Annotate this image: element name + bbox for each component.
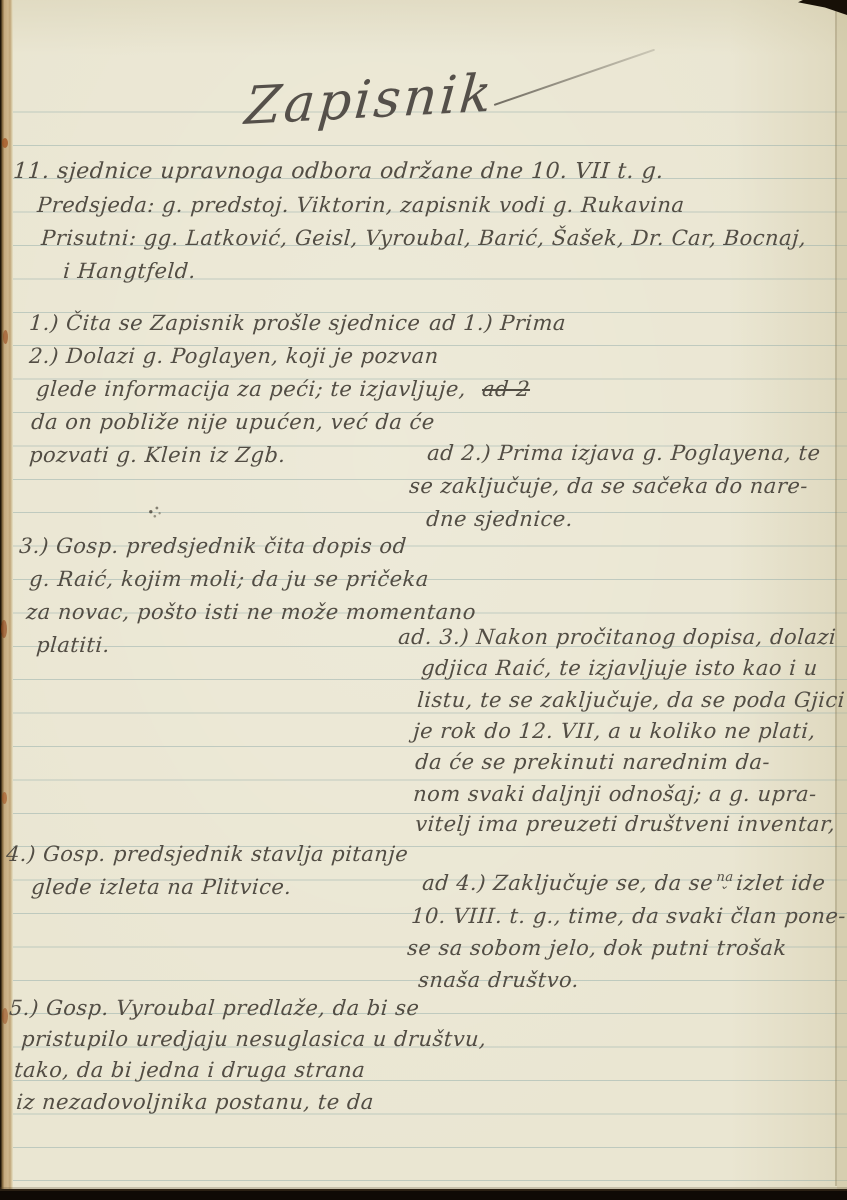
binding-stain: [2, 1008, 8, 1024]
resolution-ad-2-line-1: ad 2.) Prima izjava g. Poglayena, te: [426, 437, 822, 470]
resolution-ad-4-line-1-pre: ad 4.) Zaključuje se, da se: [421, 871, 714, 895]
resolution-ad-4-line-3: se sa sobom jelo, dok putni trošak: [406, 932, 788, 965]
resolution-ad-3-line-3: listu, te se zaključuje, da se poda Gjic…: [416, 684, 846, 717]
page-right-edge-line: [835, 6, 837, 1186]
ink-smudge: [146, 505, 162, 520]
resolution-ad-3-line-6: nom svaki daljnji odnošaj; a g. upra-: [412, 778, 818, 811]
page-right-edge-shade: [837, 0, 847, 1200]
header-line-present-cont: i Hangtfeld.: [62, 255, 197, 288]
resolution-ad-4-line-1-post: izlet ide: [735, 871, 826, 895]
header-line-present: Prisutni: gg. Latković, Geisl, Vyroubal,…: [40, 222, 807, 255]
agenda-item-5-line-1: 5.) Gosp. Vyroubal predlaže, da bi se: [8, 992, 421, 1025]
binding-stain: [3, 330, 8, 344]
agenda-item-5-line-3: tako, da bi jedna i druga strana: [13, 1054, 366, 1087]
notebook-page: Zapisnik 11. sjednice upravnoga odbora o…: [0, 0, 847, 1200]
agenda-item-4-line-2: glede izleta na Plitvice.: [30, 871, 293, 904]
resolution-ad-2-line-3: dne sjednice.: [425, 503, 574, 536]
resolution-ad-4-line-2: 10. VIII. t. g., time, da svaki član pon…: [410, 900, 847, 933]
agenda-item-2-line-2: glede informacija za peći; te izjavljuje…: [35, 373, 531, 406]
page-bottom-edge: [0, 1187, 847, 1200]
binding-stain: [2, 792, 7, 804]
resolution-ad-3-line-1: ad. 3.) Nakon pročitanog dopisa, dolazi: [397, 621, 837, 654]
inserted-word: na⌄: [716, 873, 734, 890]
resolution-ad-2-line-2: se zaključuje, da se sačeka do nare-: [408, 470, 809, 503]
resolution-ad-3-line-2: gdjica Raić, te izjavljuje isto kao i u: [420, 652, 819, 685]
agenda-item-2-line-1: 2.) Dolazi g. Poglayen, koji je pozvan: [28, 340, 440, 373]
insert-caret-mark: ⌄: [719, 882, 729, 890]
agenda-item-4-line-1: 4.) Gosp. predsjednik stavlja pitanje: [5, 838, 409, 871]
title-flourish: [494, 49, 655, 106]
resolution-ad-4-line-1: ad 4.) Zaključuje se, da sena⌄izlet ide: [421, 867, 827, 900]
binding-stain: [1, 620, 7, 638]
crossed-out-note: ad 2: [481, 377, 531, 401]
agenda-item-5-line-4: iz nezadovoljnika postanu, te da: [15, 1086, 375, 1119]
agenda-item-1: 1.) Čita se Zapisnik prošle sjednice: [28, 307, 422, 340]
resolution-ad-1: ad 1.) Prima: [428, 307, 567, 340]
binding-stain: [2, 138, 8, 148]
resolution-ad-3-line-4: je rok do 12. VII, a u koliko ne plati,: [412, 715, 817, 748]
agenda-item-3-line-2: g. Raić, kojim moli; da ju se pričeka: [28, 563, 430, 596]
resolution-ad-3-line-5: da će se prekinuti narednim da-: [414, 746, 771, 779]
agenda-item-2-line-3: da on pobliže nije upućen, već da će: [30, 406, 436, 439]
header-line-chair: Predsjeda: g. predstoj. Viktorin, zapisn…: [36, 189, 686, 222]
agenda-item-3-line-4: platiti.: [35, 629, 111, 662]
agenda-item-3-line-1: 3.) Gosp. predsjednik čita dopis od: [18, 530, 408, 563]
agenda-item-2-line-2-text: glede informacija za peći; te izjavljuje…: [35, 377, 467, 401]
resolution-ad-3-line-7: vitelj ima preuzeti društveni inventar,: [414, 808, 837, 841]
agenda-item-5-line-2: pristupilo uredjaju nesuglasica u društv…: [20, 1023, 487, 1056]
page-title: Zapisnik: [242, 59, 497, 142]
resolution-ad-4-line-4: snaša društvo.: [417, 964, 580, 997]
header-line-session: 11. sjednice upravnoga odbora održane dn…: [12, 155, 665, 188]
agenda-item-2-line-4: pozvati g. Klein iz Zgb.: [28, 439, 287, 472]
